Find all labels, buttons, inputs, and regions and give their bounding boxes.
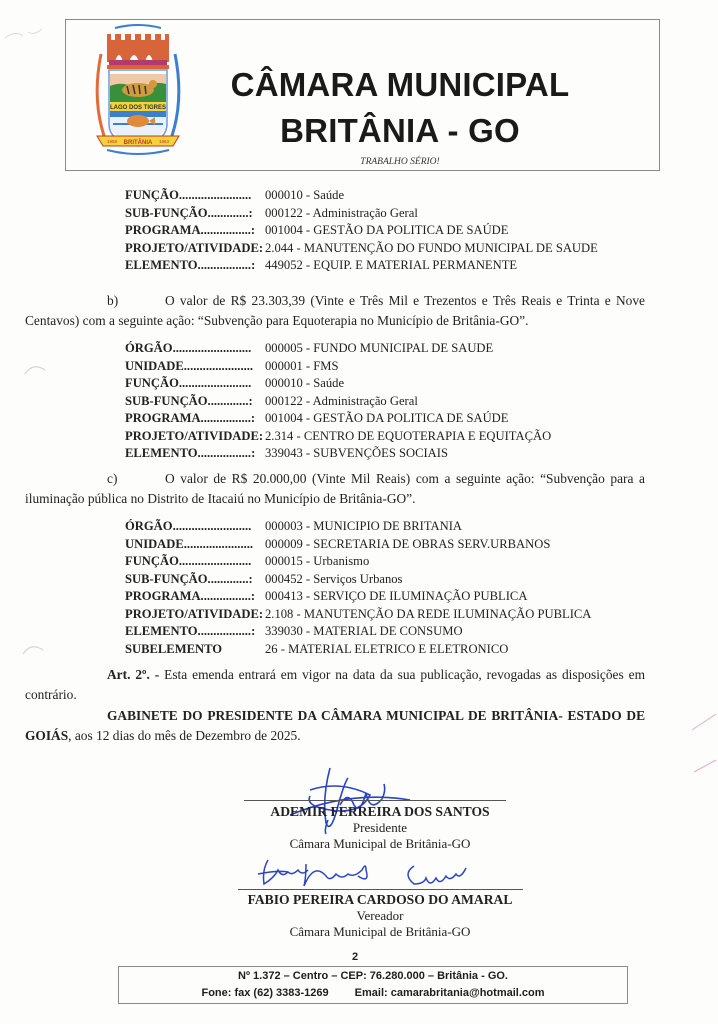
municipal-crest-logo: LAGO DOS TIGRES 1958 1963 BRITÂNIA bbox=[93, 24, 183, 156]
signatory-president: ADEMIR FERREIRA DOS SANTOS Presidente Câ… bbox=[230, 804, 530, 852]
table-row: ÓRGÃO.........................000003 - M… bbox=[125, 518, 591, 536]
field-label: PROJETO/ATIVIDADE: bbox=[125, 240, 265, 258]
table-row: ELEMENTO.................:339030 - MATER… bbox=[125, 623, 591, 641]
budget-classification-a: FUNÇÃO.......................000010 - Sa… bbox=[125, 187, 598, 275]
table-row: SUBELEMENTO26 - MATERIAL ELETRICO E ELET… bbox=[125, 641, 591, 659]
field-label: SUB-FUNÇÃO.............: bbox=[125, 571, 265, 589]
item-b-marker: b) bbox=[107, 291, 165, 311]
field-label: SUBELEMENTO bbox=[125, 641, 265, 659]
field-value: 449052 - EQUIP. E MATERIAL PERMANENTE bbox=[265, 257, 517, 275]
field-value: 2.044 - MANUTENÇÃO DO FUNDO MUNICIPAL DE… bbox=[265, 240, 598, 258]
field-value: 000001 - FMS bbox=[265, 358, 338, 376]
field-label: PROGRAMA................: bbox=[125, 588, 265, 606]
scan-artifact bbox=[20, 640, 50, 660]
field-value: 26 - MATERIAL ELETRICO E ELETRONICO bbox=[265, 641, 508, 659]
field-value: 000413 - SERVIÇO DE ILUMINAÇÃO PUBLICA bbox=[265, 588, 527, 606]
table-row: PROGRAMA................:000413 - SERVIÇ… bbox=[125, 588, 591, 606]
budget-classification-b: ÓRGÃO.........................000005 - F… bbox=[125, 340, 551, 463]
field-value: 000122 - Administração Geral bbox=[265, 205, 418, 223]
header-motto: TRABALHO SÉRIO! bbox=[220, 157, 580, 167]
signatory-org: Câmara Municipal de Britânia-GO bbox=[225, 924, 535, 940]
scan-artifact bbox=[22, 360, 52, 380]
table-row: ELEMENTO.................:449052 - EQUIP… bbox=[125, 257, 598, 275]
svg-text:1958: 1958 bbox=[107, 139, 118, 144]
signature-vereador bbox=[248, 856, 518, 896]
table-row: PROJETO/ATIVIDADE:2.108 - MANUTENÇÃO DA … bbox=[125, 606, 591, 624]
article-2-label: Art. 2º. - bbox=[107, 667, 159, 682]
item-c-paragraph: c)O valor de R$ 20.000,00 (Vinte Mil Rea… bbox=[25, 469, 645, 509]
field-value: 001004 - GESTÃO DA POLITICA DE SAÚDE bbox=[265, 410, 508, 428]
article-2-paragraph: Art. 2º. - Esta emenda entrará em vigor … bbox=[25, 665, 645, 705]
field-label: ÓRGÃO......................... bbox=[125, 340, 265, 358]
table-row: UNIDADE......................000009 - SE… bbox=[125, 536, 591, 554]
field-label: PROGRAMA................: bbox=[125, 222, 265, 240]
svg-text:LAGO DOS TIGRES: LAGO DOS TIGRES bbox=[110, 105, 166, 111]
field-value: 000010 - Saúde bbox=[265, 187, 344, 205]
field-label: PROGRAMA................: bbox=[125, 410, 265, 428]
table-row: FUNÇÃO.......................000010 - Sa… bbox=[125, 187, 598, 205]
field-value: 339030 - MATERIAL DE CONSUMO bbox=[265, 623, 463, 641]
field-value: 000005 - FUNDO MUNICIPAL DE SAUDE bbox=[265, 340, 493, 358]
page-number: 2 bbox=[352, 951, 358, 963]
svg-text:1963: 1963 bbox=[159, 139, 170, 144]
field-value: 339043 - SUBVENÇÕES SOCIAIS bbox=[265, 445, 448, 463]
signatory-vereador: FABIO PEREIRA CARDOSO DO AMARAL Vereador… bbox=[225, 892, 535, 940]
field-label: FUNÇÃO....................... bbox=[125, 375, 265, 393]
signatory-role: Vereador bbox=[225, 908, 535, 924]
closing-paragraph: GABINETE DO PRESIDENTE DA CÂMARA MUNICIP… bbox=[25, 706, 645, 746]
table-row: PROGRAMA................:001004 - GESTÃO… bbox=[125, 410, 551, 428]
field-label: PROJETO/ATIVIDADE: bbox=[125, 428, 265, 446]
scan-artifact bbox=[0, 20, 60, 60]
field-value: 001004 - GESTÃO DA POLITICA DE SAÚDE bbox=[265, 222, 508, 240]
header-title-line1: CÂMARA MUNICIPAL bbox=[220, 66, 580, 104]
field-value: 2.108 - MANUTENÇÃO DA REDE ILUMINAÇÃO PU… bbox=[265, 606, 591, 624]
signature-line bbox=[238, 889, 523, 890]
footer-email[interactable]: Email: camarabritania@hotmail.com bbox=[355, 987, 545, 999]
budget-classification-c: ÓRGÃO.........................000003 - M… bbox=[125, 518, 591, 658]
table-row: ELEMENTO.................:339043 - SUBVE… bbox=[125, 445, 551, 463]
field-label: ÓRGÃO......................... bbox=[125, 518, 265, 536]
field-label: FUNÇÃO....................... bbox=[125, 187, 265, 205]
item-b-paragraph: b)O valor de R$ 23.303,39 (Vinte e Três … bbox=[25, 291, 645, 331]
field-value: 000015 - Urbanismo bbox=[265, 553, 369, 571]
field-label: UNIDADE...................... bbox=[125, 536, 265, 554]
field-value: 000010 - Saúde bbox=[265, 375, 344, 393]
field-value: 000009 - SECRETARIA DE OBRAS SERV.URBANO… bbox=[265, 536, 550, 554]
svg-text:BRITÂNIA: BRITÂNIA bbox=[124, 139, 153, 146]
signatory-name: ADEMIR FERREIRA DOS SANTOS bbox=[230, 804, 530, 820]
table-row: PROGRAMA................:001004 - GESTÃO… bbox=[125, 222, 598, 240]
table-row: FUNÇÃO.......................000010 - Sa… bbox=[125, 375, 551, 393]
field-value: 000003 - MUNICIPIO DE BRITANIA bbox=[265, 518, 462, 536]
footer-phone: Fone: fax (62) 3383-1269 bbox=[201, 987, 328, 999]
field-label: ELEMENTO.................: bbox=[125, 257, 265, 275]
table-row: SUB-FUNÇÃO.............:000452 - Serviço… bbox=[125, 571, 591, 589]
field-value: 000122 - Administração Geral bbox=[265, 393, 418, 411]
table-row: UNIDADE......................000001 - FM… bbox=[125, 358, 551, 376]
table-row: ÓRGÃO.........................000005 - F… bbox=[125, 340, 551, 358]
table-row: FUNÇÃO.......................000015 - Ur… bbox=[125, 553, 591, 571]
signatory-name: FABIO PEREIRA CARDOSO DO AMARAL bbox=[225, 892, 535, 908]
footer-address: Nº 1.372 – Centro – CEP: 76.280.000 – Br… bbox=[119, 970, 627, 982]
signatory-org: Câmara Municipal de Britânia-GO bbox=[230, 836, 530, 852]
field-label: SUB-FUNÇÃO.............: bbox=[125, 393, 265, 411]
field-label: PROJETO/ATIVIDADE: bbox=[125, 606, 265, 624]
signatory-role: Presidente bbox=[230, 820, 530, 836]
table-row: SUB-FUNÇÃO.............:000122 - Adminis… bbox=[125, 205, 598, 223]
field-label: UNIDADE...................... bbox=[125, 358, 265, 376]
footer-contact-box: Nº 1.372 – Centro – CEP: 76.280.000 – Br… bbox=[118, 966, 628, 1004]
table-row: PROJETO/ATIVIDADE:2.044 - MANUTENÇÃO DO … bbox=[125, 240, 598, 258]
closing-date: , aos 12 dias do mês de Dezembro de 2025… bbox=[68, 728, 300, 743]
field-label: ELEMENTO.................: bbox=[125, 445, 265, 463]
field-value: 2.314 - CENTRO DE EQUOTERAPIA E EQUITAÇÃ… bbox=[265, 428, 551, 446]
pen-mark bbox=[690, 700, 718, 780]
table-row: SUB-FUNÇÃO.............:000122 - Adminis… bbox=[125, 393, 551, 411]
item-c-marker: c) bbox=[107, 469, 165, 489]
header-title-line2: BRITÂNIA - GO bbox=[220, 112, 580, 150]
field-label: FUNÇÃO....................... bbox=[125, 553, 265, 571]
footer-contact-line: Fone: fax (62) 3383-1269Email: camarabri… bbox=[119, 987, 627, 999]
signature-line bbox=[244, 800, 506, 801]
table-row: PROJETO/ATIVIDADE:2.314 - CENTRO DE EQUO… bbox=[125, 428, 551, 446]
field-label: ELEMENTO.................: bbox=[125, 623, 265, 641]
field-label: SUB-FUNÇÃO.............: bbox=[125, 205, 265, 223]
field-value: 000452 - Serviços Urbanos bbox=[265, 571, 402, 589]
